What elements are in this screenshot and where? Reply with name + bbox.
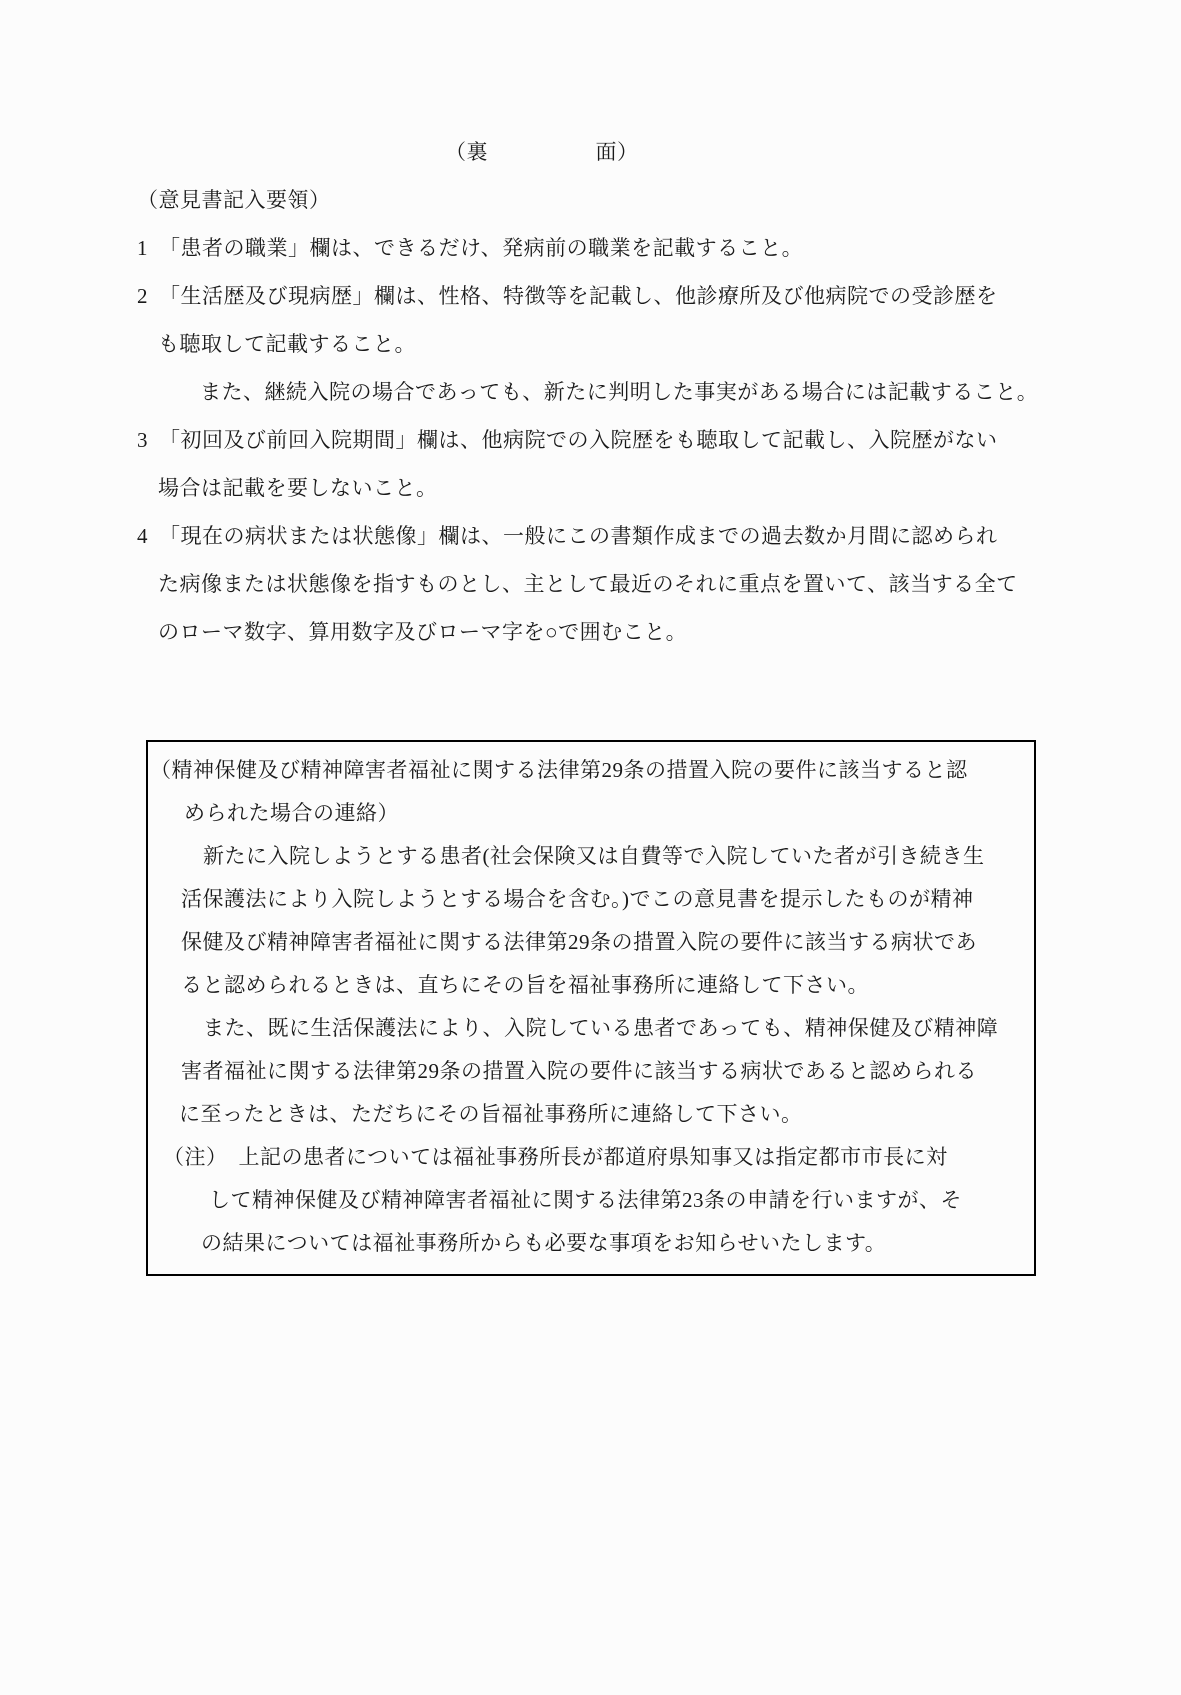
instruction-item-2-continuation: も聴取して記載すること。 xyxy=(158,320,1121,368)
notice-paragraph-1-line-2: 活保護法により入院しようとする場合を含む。)でこの意見書を提示したものが精神 xyxy=(181,878,1034,921)
notice-note-line-2: して精神保健及び精神障害者福祉に関する法律第23条の申請を行いますが、そ xyxy=(209,1179,1034,1222)
instruction-item-1: 1 「患者の職業」欄は、できるだけ、発病前の職業を記載すること。 xyxy=(137,224,1121,272)
instruction-item-3: 3 「初回及び前回入院期間」欄は、他病院での入院歴をも聴取して記載し、入院歴がな… xyxy=(137,416,1121,464)
notice-heading-line-1: （精神保健及び精神障害者福祉に関する法律第29条の措置入院の要件に該当すると認 xyxy=(150,749,1034,792)
notice-paragraph-2-line-1: また、既に生活保護法により、入院している患者であっても、精神保健及び精神障 xyxy=(203,1007,1034,1050)
instruction-item-4-continuation-2: のローマ数字、算用数字及びローマ字を○で囲むこと。 xyxy=(158,608,1121,656)
notice-box: （精神保健及び精神障害者福祉に関する法律第29条の措置入院の要件に該当すると認 … xyxy=(146,740,1036,1276)
notice-heading-line-2: められた場合の連絡） xyxy=(184,792,1034,835)
instruction-item-2-supplement: また、継続入院の場合であっても、新たに判明した事実がある場合には記載すること。 xyxy=(200,368,1121,416)
instruction-item-3-continuation: 場合は記載を要しないこと。 xyxy=(158,464,1121,512)
page-title: （裏 面） xyxy=(445,128,1121,176)
notice-paragraph-1-line-3: 保健及び精神障害者福祉に関する法律第29条の措置入院の要件に該当する病状であ xyxy=(181,921,1034,964)
section-heading: （意見書記入要領） xyxy=(137,176,1121,224)
instruction-item-2: 2 「生活歴及び現病歴」欄は、性格、特徴等を記載し、他診療所及び他病院での受診歴… xyxy=(137,272,1121,320)
notice-note-line-1: （注） 上記の患者については福祉事務所長が都道府県知事又は指定都市市長に対 xyxy=(163,1136,1034,1179)
instruction-item-4: 4 「現在の病状または状態像」欄は、一般にこの書類作成までの過去数か月間に認めら… xyxy=(137,512,1121,560)
notice-paragraph-2-line-3: に至ったときは、ただちにその旨福祉事務所に連絡して下さい。 xyxy=(179,1093,1034,1136)
document-content: （裏 面） （意見書記入要領） 1 「患者の職業」欄は、できるだけ、発病前の職業… xyxy=(0,0,1181,1276)
document-page: （裏 面） （意見書記入要領） 1 「患者の職業」欄は、できるだけ、発病前の職業… xyxy=(0,0,1181,1695)
notice-paragraph-1-line-4: ると認められるときは、直ちにその旨を福祉事務所に連絡して下さい。 xyxy=(181,964,1034,1007)
notice-note-line-3: の結果については福祉事務所からも必要な事項をお知らせいたします。 xyxy=(201,1222,1034,1265)
notice-paragraph-1-line-1: 新たに入院しようとする患者(社会保険又は自費等で入院していた者が引き続き生 xyxy=(203,835,1034,878)
instruction-item-4-continuation-1: た病像または状態像を指すものとし、主として最近のそれに重点を置いて、該当する全て xyxy=(158,560,1121,608)
notice-paragraph-2-line-2: 害者福祉に関する法律第29条の措置入院の要件に該当する病状であると認められる xyxy=(181,1050,1034,1093)
